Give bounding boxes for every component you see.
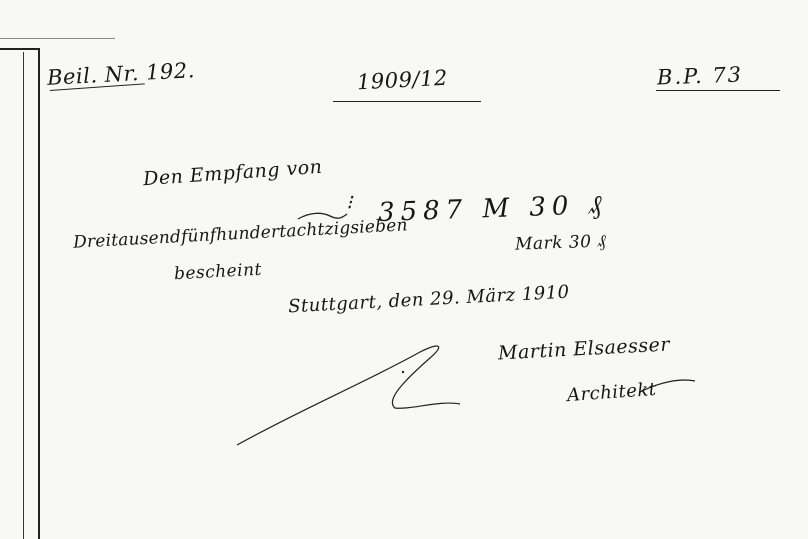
title-flourish <box>0 0 808 539</box>
scanned-document-page: Beil. Nr. 192. 1909/12 B.P. 73 Den Empfa… <box>0 0 808 539</box>
